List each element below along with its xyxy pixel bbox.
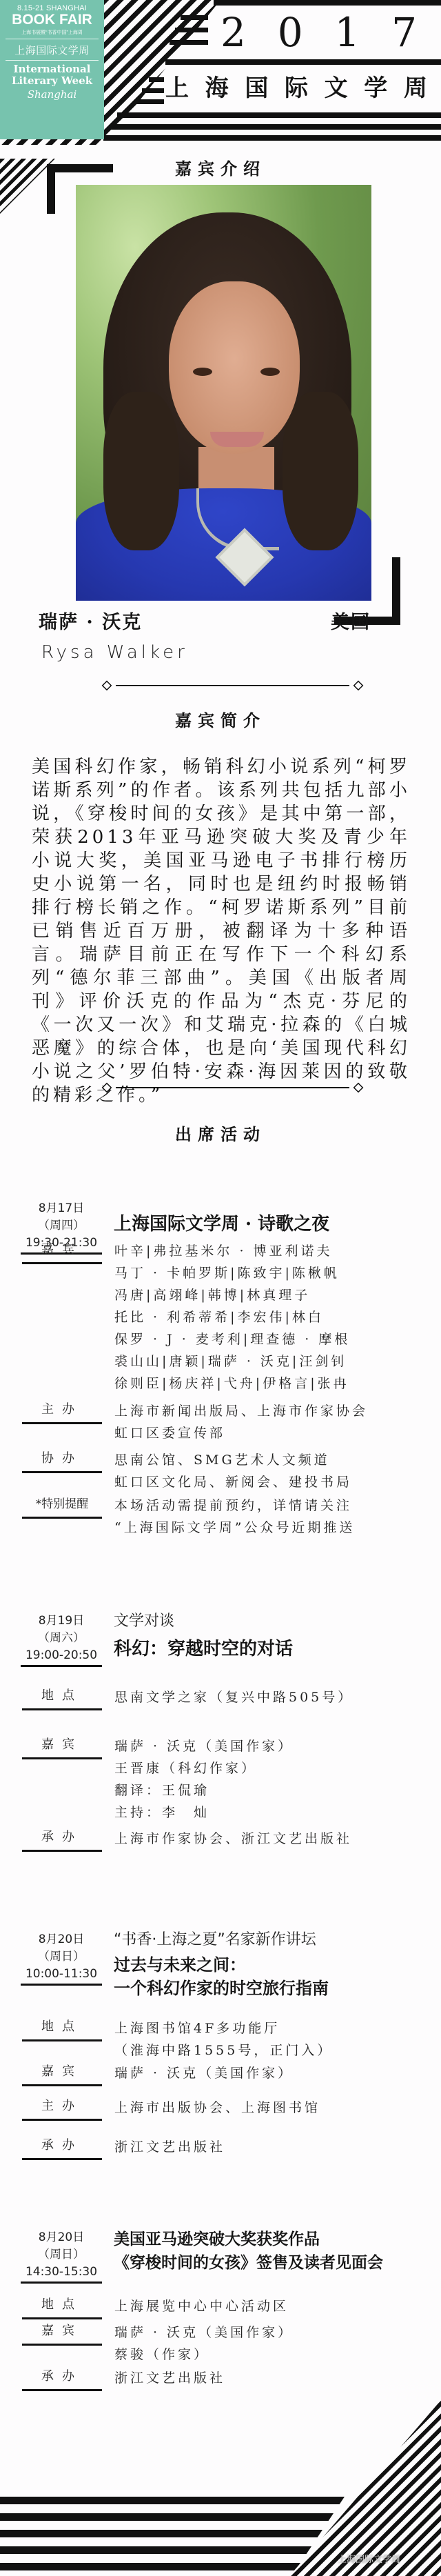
year-digit: 7 xyxy=(391,8,417,57)
portrait-hair xyxy=(103,392,179,550)
row-value: 上海市新闻出版局、上海市作家协会 虹口区委宣传部 xyxy=(114,1400,431,1444)
stripe-decoration xyxy=(175,28,208,32)
logo-fair-cn: 上海书展暨“书香中国”上海周 xyxy=(6,29,99,39)
event-time: 19:00-20:50 xyxy=(21,1647,102,1667)
event-title: 上 海 国 际 文 学 周 xyxy=(165,66,441,111)
portrait-hair xyxy=(283,392,358,550)
row-label: 嘉宾 xyxy=(22,2062,102,2086)
row-value: 浙江文艺出版社 xyxy=(114,2367,431,2389)
row-value: 上海展览中心中心活动区 xyxy=(114,2295,431,2317)
title-char: 际 xyxy=(285,66,308,111)
header-bar xyxy=(103,135,441,141)
event-title: 美国亚马逊突破大奖获奖作品 《穿梭时间的女孩》签售及读者见面会 xyxy=(114,2228,383,2275)
event-weekday: （周日） xyxy=(21,2246,102,2264)
event-title: 上海国际文学周 · 诗歌之夜 xyxy=(114,1212,329,1236)
stripe-decoration xyxy=(142,88,164,93)
portrait-eye xyxy=(260,368,280,376)
event-subtitle: 文学对谈 xyxy=(114,1610,174,1633)
event-date: 8月19日 xyxy=(21,1613,102,1630)
year-digit: 2 xyxy=(220,8,246,57)
logo-week-en: International Literary Week xyxy=(0,63,104,87)
row-value: 思南文学之家（复兴中路505号） xyxy=(114,1686,431,1708)
book-fair-logo: 8.15-21 SHANGHAI BOOK FAIR 上海书展暨“书香中国”上海… xyxy=(0,0,104,139)
value-line: 徐则臣|杨庆祥|弋舟|伊格言|张冉 xyxy=(114,1372,431,1395)
header-bar xyxy=(110,124,441,130)
portrait-smile xyxy=(210,432,264,447)
row-label: 承办 xyxy=(22,2136,102,2160)
row-label: 嘉宾 xyxy=(22,1240,102,1264)
value-line: 本场活动需提前预约，详情请关注 xyxy=(114,1495,431,1517)
value-line: 思南公馆、SMG艺术人文频道 xyxy=(114,1449,431,1471)
title-char: 周 xyxy=(404,66,427,111)
value-line: 上海图书馆4F多功能厅 xyxy=(114,2017,431,2039)
value-line: 保罗 · J · 麦考利|理查德 · 摩根 xyxy=(114,1328,431,1350)
value-line: 翻译：王侃瑜 xyxy=(114,1779,431,1801)
guest-bio: 美国科幻作家，畅销科幻小说系列“柯罗诺斯系列”的作者。该系列共包括九部小说，《穿… xyxy=(32,755,411,1107)
portrait-face xyxy=(169,281,300,454)
event-date: 8月17日 xyxy=(21,1200,102,1217)
logo-week-en-line: Literary Week xyxy=(0,75,104,87)
event-time: 14:30-15:30 xyxy=(21,2264,102,2284)
title-char: 学 xyxy=(364,66,387,111)
stripe-decoration xyxy=(181,15,208,20)
event-datetime: 8月19日 （周六） 19:00-20:50 xyxy=(21,1613,102,1667)
row-label: *特别提醒 xyxy=(22,1495,102,1519)
stripe-decoration xyxy=(149,77,164,82)
value-line: 虹口区文化局、新阅会、建投书局 xyxy=(114,1471,431,1493)
row-label: 主办 xyxy=(22,1400,102,1424)
header-bar xyxy=(165,59,441,65)
row-label: 主办 xyxy=(22,2097,102,2121)
value-line: 托比 · 利希蒂希|李宏伟|林白 xyxy=(114,1306,431,1328)
header-bar xyxy=(117,112,441,118)
value-line: 上海市出版协会、上海图书馆 xyxy=(114,2097,431,2119)
value-line: 叶辛|弗拉基米尔 · 博亚利诺夫 xyxy=(114,1240,431,1262)
value-line: 思南文学之家（复兴中路505号） xyxy=(114,1686,431,1708)
event-title-line: 过去与未来之间： xyxy=(114,1953,329,1977)
portrait-eye xyxy=(193,368,212,376)
row-value: 上海市出版协会、上海图书馆 xyxy=(114,2097,431,2119)
title-char: 海 xyxy=(205,66,229,111)
logo-fair: BOOK FAIR xyxy=(0,12,104,28)
value-line: 裘山山|唐颖|瑞萨 · 沃克|汪剑钊 xyxy=(114,1350,431,1372)
value-line: 瑞萨 · 沃克（美国作家） xyxy=(114,1735,431,1757)
row-label: 地点 xyxy=(22,2295,102,2319)
row-value: 瑞萨 · 沃克（美国作家） xyxy=(114,2062,431,2084)
year-title: 2 0 1 7 xyxy=(220,8,441,57)
logo-city-script: Shanghai xyxy=(0,88,104,101)
value-line: 瑞萨 · 沃克（美国作家） xyxy=(114,2062,431,2084)
event-title-line: 《穿梭时间的女孩》签售及读者见面会 xyxy=(114,2251,383,2275)
ornament-divider xyxy=(96,1083,369,1092)
value-line: （淮海中路1555号，正门入） xyxy=(114,2039,431,2061)
row-label: 嘉宾 xyxy=(22,2322,102,2346)
guest-name-en: Rysa Walker xyxy=(41,642,188,663)
value-line: 瑞萨 · 沃克（美国作家） xyxy=(114,2322,431,2344)
value-line: 上海市作家协会、浙江文艺出版社 xyxy=(114,1828,431,1850)
watermark: 上海国际文学周 xyxy=(338,2552,400,2565)
value-line: 浙江文艺出版社 xyxy=(114,2367,431,2389)
section-title-bio: 嘉宾简介 xyxy=(0,707,441,731)
value-line: “上海国际文学周”公众号近期推送 xyxy=(114,1517,431,1539)
header-bar xyxy=(214,0,441,6)
value-line: 冯唐|高翊峰|韩博|林真理子 xyxy=(114,1284,431,1306)
footer-decoration xyxy=(0,2400,441,2576)
guest-portrait xyxy=(76,185,371,601)
event-date: 8月20日 xyxy=(21,1931,102,1948)
diamond-icon xyxy=(353,681,364,691)
title-char: 国 xyxy=(245,66,268,111)
row-label: 嘉宾 xyxy=(22,1735,102,1759)
event-title: 过去与未来之间： 一个科幻作家的时空旅行指南 xyxy=(114,1953,329,2000)
event-datetime: 8月20日 （周日） 14:30-15:30 xyxy=(21,2229,102,2284)
row-label: 承办 xyxy=(22,1828,102,1852)
divider-line xyxy=(116,685,349,686)
value-line: 蔡骏（作家） xyxy=(114,2344,431,2366)
value-line: 主持：李 灿 xyxy=(114,1801,431,1824)
value-line: 浙江文艺出版社 xyxy=(114,2136,431,2158)
value-line: 王晋康（科幻作家） xyxy=(114,1757,431,1779)
stripe-decoration xyxy=(135,99,164,104)
value-line: 马丁 · 卡帕罗斯|陈致宇|陈楸帆 xyxy=(114,1262,431,1284)
value-line: 虹口区委宣传部 xyxy=(114,1422,431,1444)
event-weekday: （周六） xyxy=(21,1630,102,1647)
event-title-line: 一个科幻作家的时空旅行指南 xyxy=(114,1977,329,2000)
ornament-divider xyxy=(96,681,369,690)
row-value: 思南公馆、SMG艺术人文频道 虹口区文化局、新阅会、建投书局 xyxy=(114,1449,431,1493)
section-title-activities: 出席活动 xyxy=(0,1121,441,1145)
row-value: 叶辛|弗拉基米尔 · 博亚利诺夫 马丁 · 卡帕罗斯|陈致宇|陈楸帆 冯唐|高翊… xyxy=(114,1240,431,1395)
event-title-line: 美国亚马逊突破大奖获奖作品 xyxy=(114,2228,383,2251)
row-value: 瑞萨 · 沃克（美国作家） 王晋康（科幻作家） 翻译：王侃瑜 主持：李 灿 xyxy=(114,1735,431,1824)
value-line: 上海展览中心中心活动区 xyxy=(114,2295,431,2317)
diamond-icon xyxy=(353,1083,364,1093)
diamond-icon xyxy=(102,681,112,691)
diamond-icon xyxy=(102,1083,112,1093)
row-value: 上海市作家协会、浙江文艺出版社 xyxy=(114,1828,431,1850)
logo-week-cn: 上海国际文学周 xyxy=(6,41,99,61)
divider-line xyxy=(116,1087,349,1088)
year-digit: 1 xyxy=(334,8,360,57)
event-datetime: 8月20日 （周日） 10:00-11:30 xyxy=(21,1931,102,1986)
event-title: 科幻：穿越时空的对话 xyxy=(114,1637,293,1661)
guest-country: 美国 xyxy=(331,607,371,634)
row-label: 地点 xyxy=(22,1686,102,1710)
header-banner: 2 0 1 7 上 海 国 际 文 学 周 8.15-21 SHANGHAI B… xyxy=(0,0,441,145)
event-subtitle: “书香·上海之夏”名家新作讲坛 xyxy=(114,1928,316,1952)
row-label: 协办 xyxy=(22,1449,102,1473)
title-char: 上 xyxy=(165,66,189,111)
event-time: 10:00-11:30 xyxy=(21,1966,102,1986)
diagonal-stripes-decoration xyxy=(289,2400,441,2576)
logo-week-en-line: International xyxy=(0,63,104,75)
event-weekday: （周日） xyxy=(21,1948,102,1966)
row-value: 浙江文艺出版社 xyxy=(114,2136,431,2158)
stripe-decoration xyxy=(170,40,208,45)
row-label: 承办 xyxy=(22,2367,102,2391)
guest-name-cn: 瑞萨 · 沃克 xyxy=(39,607,142,634)
year-digit: 0 xyxy=(278,8,303,57)
event-weekday: （周四） xyxy=(21,1217,102,1235)
row-value: 瑞萨 · 沃克（美国作家） 蔡骏（作家） xyxy=(114,2322,431,2366)
value-line: 上海市新闻出版局、上海市作家协会 xyxy=(114,1400,431,1422)
title-char: 文 xyxy=(325,66,348,111)
row-label: 地点 xyxy=(22,2017,102,2041)
row-value: 上海图书馆4F多功能厅 （淮海中路1555号，正门入） xyxy=(114,2017,431,2061)
event-date: 8月20日 xyxy=(21,2229,102,2246)
row-value: 本场活动需提前预约，详情请关注 “上海国际文学周”公众号近期推送 xyxy=(114,1495,431,1539)
